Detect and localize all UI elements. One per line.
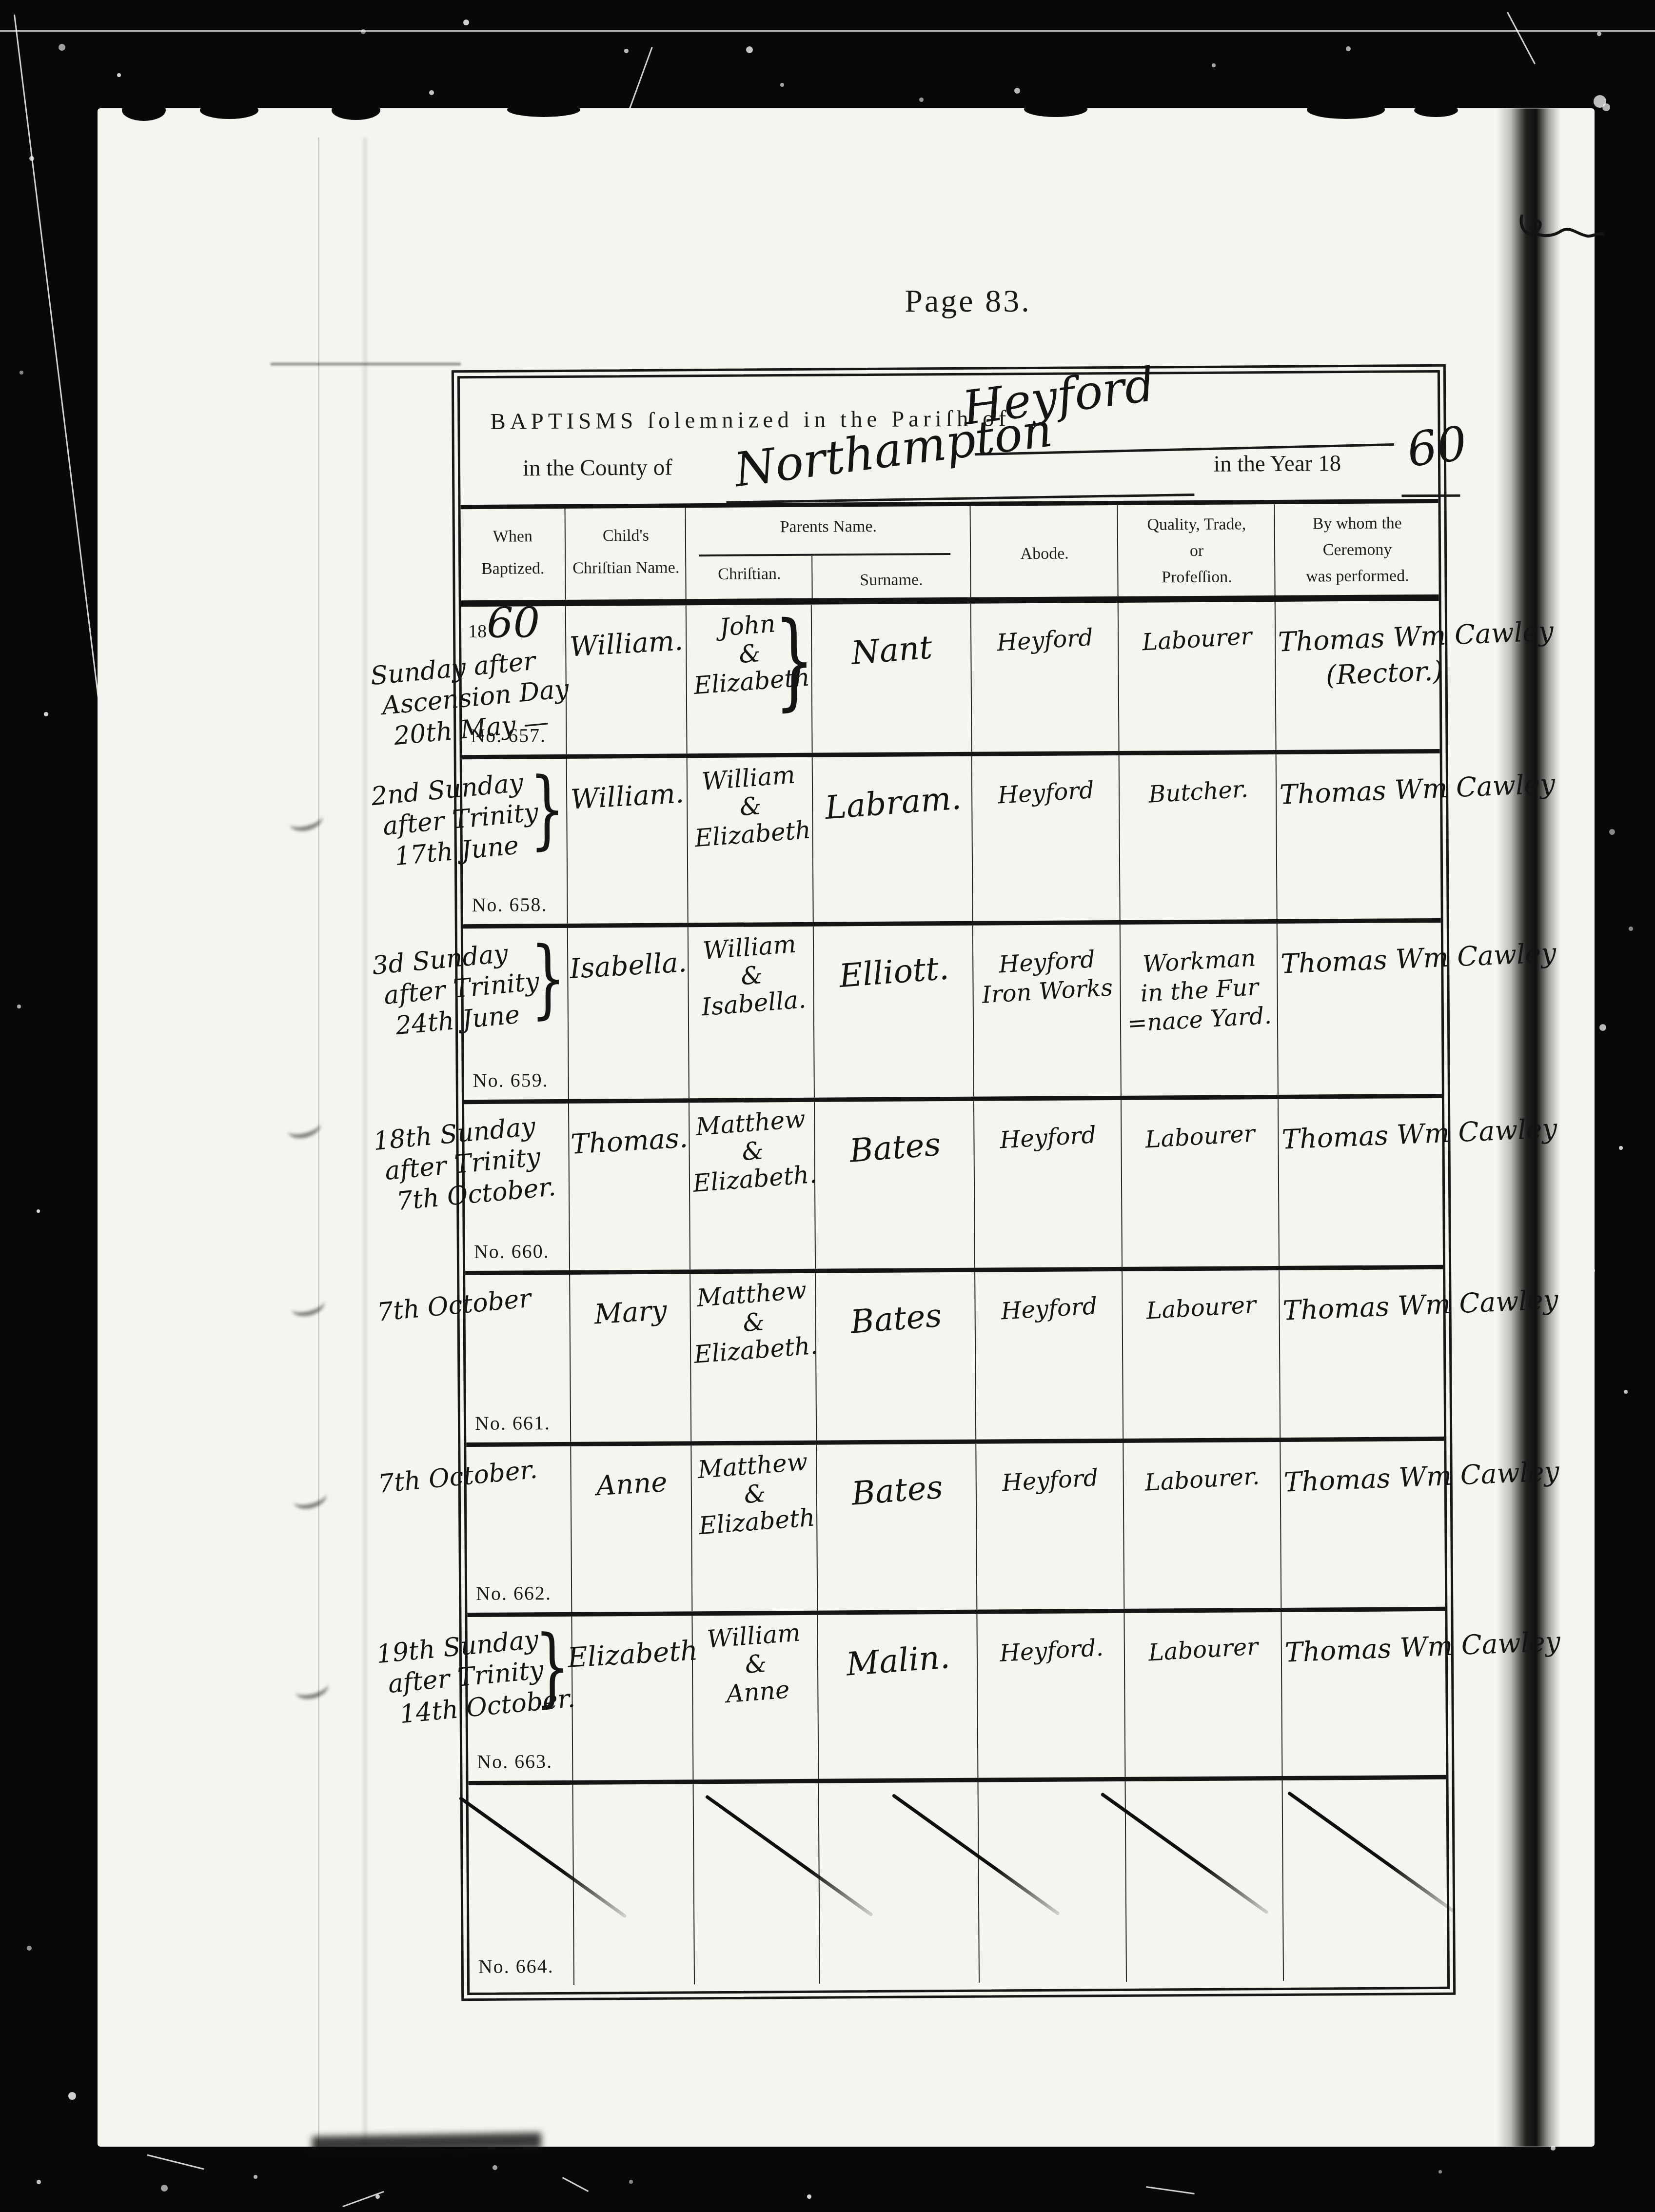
film-scratch bbox=[562, 2177, 589, 2192]
handwritten-line: & bbox=[741, 1136, 765, 1166]
dust-speck bbox=[463, 20, 469, 25]
quality-cell: Labourer. bbox=[1124, 1442, 1281, 1609]
handwritten-line: John bbox=[719, 610, 777, 642]
when-cell: 7th October.No. 662. bbox=[466, 1446, 572, 1613]
caption-line2-print-a: in the County of bbox=[523, 454, 672, 481]
dust-speck bbox=[37, 1209, 40, 1213]
parents-christian-block: Matthew&Elizabeth. bbox=[689, 1269, 818, 1369]
abode-block: Heyford bbox=[973, 755, 1119, 808]
when-cell: 2nd Sundayafter Trinity17th June}No. 658… bbox=[462, 759, 568, 924]
handwritten-line: Labourer bbox=[1145, 1290, 1257, 1325]
header-text: When bbox=[461, 527, 565, 546]
handwritten-line: Matthew bbox=[694, 1105, 806, 1141]
handwritten-line: Heyford. bbox=[999, 1633, 1104, 1668]
dust-speck bbox=[59, 44, 65, 51]
baptism-row: 2nd Sundayafter Trinity17th June}No. 658… bbox=[462, 753, 1441, 928]
child-name: Anne bbox=[595, 1466, 668, 1502]
abode-block: Heyford. bbox=[978, 1613, 1124, 1666]
caption-underline bbox=[726, 494, 1194, 504]
child-name: Elizabeth bbox=[567, 1635, 698, 1674]
dust-speck bbox=[1346, 46, 1351, 51]
film-scratch bbox=[628, 47, 653, 112]
surname-block: Malin. bbox=[819, 1614, 977, 1680]
register-paper: Page 83. BAPTISMS ſolemnized in the Pari… bbox=[98, 108, 1595, 2147]
handwritten-line: William bbox=[702, 930, 797, 965]
quality-block: Labourer bbox=[1120, 602, 1275, 654]
child-name: William. bbox=[570, 777, 685, 815]
film-scratch bbox=[14, 15, 101, 717]
header-text: Ceremony bbox=[1276, 540, 1438, 560]
dust-speck bbox=[1624, 1390, 1628, 1394]
quality-cell: Labourer bbox=[1123, 1270, 1281, 1439]
baptism-register-table: BAPTISMS ſolemnized in the Pariſh of Hey… bbox=[457, 370, 1450, 1995]
child-name: Isabella. bbox=[569, 947, 688, 985]
quality-cell: Butcher. bbox=[1121, 754, 1278, 920]
parents-surname-cell: Elliott. bbox=[815, 926, 974, 1098]
dust-speck bbox=[302, 115, 307, 119]
child-name: William. bbox=[569, 625, 684, 663]
parents-surname-cell: Nant bbox=[813, 604, 972, 753]
abode-cell: Heyford bbox=[972, 603, 1120, 752]
dust-speck bbox=[1609, 829, 1615, 835]
surname-block: Nant bbox=[813, 604, 971, 670]
handwritten-line: & bbox=[739, 791, 763, 821]
dust-speck bbox=[117, 73, 121, 77]
dust-speck bbox=[807, 2194, 811, 2199]
ink-smudge bbox=[271, 363, 461, 365]
header-text: Abode. bbox=[972, 544, 1117, 564]
child-name-block: William. bbox=[568, 758, 687, 812]
header-parents-name: Parents Name. Chriſtian. Surname. bbox=[687, 506, 971, 599]
header-text: or bbox=[1119, 541, 1274, 561]
baptism-row: 1860Sunday afterAscension Day20th May —N… bbox=[461, 601, 1440, 759]
dust-speck bbox=[493, 2165, 497, 2170]
torn-edge bbox=[1024, 101, 1087, 117]
scanned-register-page: Page 83. BAPTISMS ſolemnized in the Pari… bbox=[0, 0, 1655, 2212]
parents-christian-cell: William&Isabella. bbox=[690, 927, 815, 1099]
torn-edge bbox=[1414, 103, 1458, 117]
dust-speck bbox=[746, 46, 753, 53]
dust-speck bbox=[27, 1946, 32, 1951]
handwritten-line: Anne bbox=[725, 1676, 790, 1708]
entry-number-label: No. 658. bbox=[472, 893, 547, 916]
child-name: Thomas. bbox=[570, 1122, 689, 1161]
header-text: Quality, Trade, bbox=[1119, 515, 1274, 534]
ink-smudge bbox=[312, 2133, 542, 2153]
dust-speck bbox=[1619, 1146, 1623, 1150]
film-scratch bbox=[147, 2154, 204, 2170]
dust-speck bbox=[1597, 32, 1601, 36]
handwritten-line: Heyford bbox=[1000, 1291, 1098, 1326]
quality-block: Labourer bbox=[1123, 1270, 1279, 1323]
header-text: Chriſtian Name. bbox=[567, 558, 685, 577]
torn-edge bbox=[200, 101, 258, 119]
child-name-block: Thomas. bbox=[570, 1103, 689, 1157]
dust-speck bbox=[780, 83, 784, 87]
caption-underline bbox=[1401, 494, 1460, 497]
abode-block: Heyford bbox=[972, 603, 1118, 655]
table-caption: BAPTISMS ſolemnized in the Pariſh of Hey… bbox=[460, 373, 1438, 509]
baptism-row: No. 664. bbox=[469, 1779, 1447, 1986]
parents-surname: Bates bbox=[848, 1292, 943, 1341]
dust-speck bbox=[37, 2180, 41, 2184]
handwritten-line: Elizabeth. bbox=[692, 1161, 818, 1198]
dust-speck bbox=[20, 371, 23, 375]
entry-number-label: No. 660. bbox=[474, 1240, 550, 1263]
caption-line2-print-b: in the Year 18 bbox=[1214, 450, 1341, 477]
dust-speck bbox=[568, 173, 572, 177]
header-text: was performed. bbox=[1276, 567, 1438, 586]
quality-block: Labourer. bbox=[1124, 1442, 1280, 1495]
abode-block: Heyford bbox=[977, 1443, 1123, 1496]
film-scratch bbox=[1507, 12, 1536, 64]
dust-speck bbox=[429, 90, 434, 95]
handwritten-line: & bbox=[738, 639, 762, 669]
parents-surname-cell: Labram. bbox=[814, 756, 973, 922]
child-name-cell: Mary bbox=[571, 1274, 691, 1442]
page-crease bbox=[318, 138, 319, 2147]
parents-surname: Labram. bbox=[823, 774, 963, 827]
handwritten-line: & bbox=[740, 961, 764, 990]
torn-edge bbox=[332, 100, 380, 120]
child-name: Mary bbox=[593, 1295, 668, 1331]
dust-speck bbox=[161, 2185, 168, 2192]
abode-block: HeyfordIron Works bbox=[974, 925, 1120, 1007]
header-text: Baptized. bbox=[461, 559, 565, 578]
surname-block: Elliott. bbox=[815, 926, 973, 991]
parents-surname: Nant bbox=[850, 624, 934, 672]
when-cell: 19th Sundayafter Trinity14th October.}No… bbox=[467, 1617, 573, 1781]
quality-cell: Labourer bbox=[1120, 602, 1277, 751]
dust-speck bbox=[361, 29, 366, 34]
child-name-cell: William. bbox=[567, 605, 688, 754]
child-name-cell bbox=[574, 1784, 695, 1985]
abode-cell: Heyford. bbox=[978, 1613, 1125, 1778]
dust-speck bbox=[210, 161, 214, 165]
minister-cell: Thomas Wm Cawley(Rector.) bbox=[1277, 601, 1446, 750]
baptism-row: 3d Sundayafter Trinity24th June}No. 659.… bbox=[463, 923, 1442, 1104]
table-rows: 1860Sunday afterAscension Day20th May —N… bbox=[461, 601, 1447, 1986]
header-abode: Abode. bbox=[972, 505, 1119, 597]
torn-edge bbox=[1307, 100, 1385, 119]
header-childs-christian-name: Child's Chriſtian Name. bbox=[567, 508, 687, 599]
parents-christian-block: William&Anne bbox=[690, 1611, 820, 1711]
dust-speck bbox=[919, 98, 924, 102]
page-number: Page 83. bbox=[856, 283, 1080, 320]
dust-speck bbox=[1590, 1268, 1595, 1273]
dust-speck bbox=[1599, 1024, 1606, 1031]
handwritten-line: Labourer bbox=[1142, 621, 1253, 657]
table-header: When Baptized. Child's Chriſtian Name. P… bbox=[461, 503, 1439, 607]
parents-christian-cell: John&Elizabeth} bbox=[688, 605, 813, 754]
parents-surname: Malin. bbox=[845, 1633, 951, 1683]
film-scratch bbox=[0, 30, 1655, 32]
minister-cell: Thomas Wm Cawley bbox=[1281, 1441, 1451, 1608]
entry-number-label: No. 659. bbox=[473, 1068, 549, 1092]
parents-surname: Bates bbox=[847, 1121, 942, 1170]
surname-block: Bates bbox=[817, 1272, 975, 1338]
quality-block: Workmanin the Fur=nace Yard. bbox=[1122, 924, 1277, 1035]
quality-block: Labourer bbox=[1123, 1099, 1278, 1152]
when-cell: 18th Sundayafter Trinity7th October.No. … bbox=[464, 1104, 570, 1271]
parents-name-rule bbox=[699, 553, 950, 556]
abode-cell bbox=[980, 1781, 1127, 1983]
parents-christian-cell: Matthew&Elizabeth bbox=[692, 1445, 818, 1612]
baptism-row: 18th Sundayafter Trinity7th October.No. … bbox=[464, 1098, 1443, 1275]
parents-christian-cell: William&Elizabeth bbox=[689, 757, 814, 923]
entry-when-date: 7th October bbox=[375, 1278, 587, 1328]
handwritten-line: William bbox=[701, 761, 796, 796]
surname-block: Bates bbox=[818, 1444, 976, 1510]
entry-number-label: No. 661. bbox=[475, 1411, 551, 1435]
dust-speck bbox=[1438, 2170, 1442, 2173]
header-quality-trade-profession: Quality, Trade, or Profeſſion. bbox=[1119, 504, 1276, 596]
dust-speck bbox=[29, 156, 34, 161]
quality-cell: Labourer bbox=[1125, 1612, 1282, 1777]
ink-bleed-mark bbox=[293, 1674, 331, 1702]
quality-cell bbox=[1127, 1780, 1284, 1982]
abode-block: Heyford bbox=[976, 1271, 1122, 1324]
handwritten-line: & bbox=[742, 1307, 766, 1337]
ink-bleed-mark bbox=[291, 1483, 329, 1512]
dust-speck bbox=[1602, 103, 1610, 111]
minister-cell: Thomas Wm Cawley bbox=[1279, 923, 1448, 1095]
dust-speck bbox=[1629, 927, 1633, 931]
child-name-cell: Anne bbox=[572, 1445, 692, 1612]
dust-speck bbox=[17, 1005, 21, 1008]
handwritten-line: Isabella. bbox=[701, 986, 807, 1022]
film-scratch bbox=[1146, 2186, 1194, 2194]
when-cell: 3d Sundayafter Trinity24th June}No. 659. bbox=[463, 928, 569, 1100]
header-text: By whom the bbox=[1276, 514, 1438, 533]
quality-cell: Labourer bbox=[1123, 1099, 1280, 1267]
handwritten-line: Heyford bbox=[997, 775, 1095, 810]
child-name-cell: William. bbox=[568, 758, 689, 923]
parents-christian-block: Matthew&Elizabeth bbox=[690, 1441, 819, 1540]
entry-year-print: 18 bbox=[468, 621, 487, 642]
header-text: Parents Name. bbox=[687, 517, 970, 537]
child-name-block: Isabella. bbox=[569, 927, 688, 982]
quality-block: Labourer bbox=[1125, 1612, 1281, 1665]
dust-speck bbox=[44, 712, 48, 716]
entry-number-label: No. 663. bbox=[477, 1750, 552, 1773]
parents-christian-cell: Matthew&Elizabeth. bbox=[691, 1273, 817, 1442]
handwritten-line: Elizabeth bbox=[698, 1503, 816, 1540]
parents-surname-cell bbox=[820, 1782, 980, 1984]
dust-speck bbox=[68, 2092, 76, 2100]
film-scratch bbox=[342, 2191, 384, 2208]
parents-surname-cell: Bates bbox=[816, 1101, 975, 1269]
abode-cell: Heyford bbox=[977, 1443, 1124, 1610]
parents-christian-cell bbox=[695, 1783, 821, 1985]
torn-edge bbox=[122, 99, 166, 121]
header-text: Child's bbox=[567, 526, 685, 545]
entry-number-label: No. 662. bbox=[476, 1581, 552, 1605]
parents-christian-cell: Matthew&Elizabeth. bbox=[690, 1102, 816, 1270]
surname-block: Labram. bbox=[814, 756, 972, 822]
parents-surname: Elliott. bbox=[837, 944, 950, 995]
quality-block: Butcher. bbox=[1121, 754, 1276, 807]
handwritten-line: Butcher. bbox=[1147, 774, 1249, 810]
parents-christian-block: Matthew&Elizabeth. bbox=[688, 1098, 817, 1198]
parents-christian-block: William&Elizabeth bbox=[686, 753, 815, 853]
brace-glyph: } bbox=[534, 1624, 570, 1710]
handwritten-line: Heyford bbox=[1001, 1463, 1099, 1498]
page-crease bbox=[363, 138, 367, 2147]
entry-year: 1860 bbox=[468, 606, 540, 642]
parents-surname-cell: Malin. bbox=[819, 1614, 978, 1779]
dust-speck bbox=[102, 2097, 108, 2103]
parents-surname-cell: Bates bbox=[817, 1272, 976, 1441]
surname-block: Bates bbox=[816, 1101, 974, 1167]
caption-year-handwritten: 60 bbox=[1404, 416, 1470, 478]
abode-cell: Heyford bbox=[975, 1100, 1123, 1268]
when-cell: 1860Sunday afterAscension Day20th May —N… bbox=[461, 606, 567, 755]
dust-speck bbox=[1212, 63, 1216, 67]
handwritten-line: William bbox=[706, 1619, 802, 1654]
brace-glyph: } bbox=[529, 767, 565, 852]
entry-when-date: 7th October. bbox=[377, 1450, 589, 1500]
minister-cell: Thomas Wm Cawley bbox=[1282, 1611, 1452, 1776]
handwritten-line: Labourer bbox=[1148, 1632, 1259, 1667]
dust-speck bbox=[624, 49, 629, 53]
dust-speck bbox=[1551, 2146, 1556, 2151]
abode-cell: Heyford bbox=[973, 755, 1121, 921]
torn-edge bbox=[507, 102, 580, 117]
dust-speck bbox=[254, 2175, 257, 2179]
abode-block: Heyford bbox=[975, 1100, 1121, 1153]
minister-cell: Thomas Wm Cawley bbox=[1281, 1269, 1450, 1438]
header-text: Profeſſion. bbox=[1119, 568, 1274, 587]
baptism-row: 7th October.No. 662.AnneMatthew&Elizabet… bbox=[466, 1441, 1445, 1617]
baptism-row: 7th OctoberNo. 661.MaryMatthew&Elizabeth… bbox=[465, 1269, 1444, 1447]
entry-number-label: No. 664. bbox=[478, 1955, 554, 1978]
dust-speck bbox=[1014, 88, 1020, 94]
handwritten-line: Elizabeth bbox=[694, 816, 812, 852]
child-name-block: Elizabeth bbox=[573, 1616, 692, 1670]
handwritten-line: Matthew bbox=[697, 1448, 808, 1484]
brace-glyph: } bbox=[774, 608, 814, 712]
parents-surname: Bates bbox=[850, 1463, 944, 1513]
dust-speck bbox=[512, 146, 515, 150]
entry-number-label: No. 657. bbox=[471, 724, 546, 747]
header-when-baptized: When Baptized. bbox=[461, 509, 566, 600]
handwritten-line: & bbox=[744, 1649, 768, 1679]
brace-glyph: } bbox=[530, 936, 566, 1021]
ink-squiggle bbox=[1519, 215, 1607, 249]
ink-bleed-mark bbox=[289, 1291, 327, 1320]
handwritten-line: Heyford bbox=[999, 1120, 1097, 1155]
when-cell: 7th OctoberNo. 661. bbox=[465, 1275, 571, 1442]
entry-when-date: 18th Sundayafter Trinity7th October. bbox=[372, 1107, 590, 1219]
abode-cell: Heyford bbox=[976, 1271, 1123, 1440]
dust-speck bbox=[375, 2194, 380, 2199]
quality-cell: Workmanin the Fur=nace Yard. bbox=[1122, 924, 1279, 1096]
child-name-cell: Isabella. bbox=[569, 927, 690, 1099]
handwritten-line: Matthew bbox=[696, 1276, 808, 1312]
baptism-row: 19th Sundayafter Trinity14th October.}No… bbox=[467, 1611, 1446, 1785]
ink-bleed-mark bbox=[285, 1113, 323, 1142]
abode-cell: HeyfordIron Works bbox=[974, 925, 1122, 1097]
child-name-block: Anne bbox=[572, 1445, 691, 1500]
child-name-block: William. bbox=[567, 605, 686, 660]
child-name-block: Mary bbox=[571, 1274, 690, 1328]
handwritten-line: Labourer bbox=[1144, 1119, 1256, 1154]
minister-cell: Thomas Wm Cawley bbox=[1278, 753, 1447, 919]
handwritten-line: & bbox=[743, 1479, 767, 1509]
handwritten-line: 7th October. bbox=[377, 1450, 589, 1500]
dust-speck bbox=[629, 2180, 633, 2184]
minister-cell: Thomas Wm Cawley bbox=[1280, 1098, 1449, 1266]
handwritten-line: Heyford bbox=[996, 623, 1094, 657]
header-by-whom-ceremony-performed: By whom the Ceremony was performed. bbox=[1276, 503, 1439, 595]
header-parents-christian: Chriſtian. bbox=[687, 565, 811, 584]
header-parents-surname: Surname. bbox=[812, 571, 970, 590]
handwritten-line: 7th October bbox=[375, 1278, 587, 1328]
handwritten-line: Labourer. bbox=[1144, 1461, 1261, 1498]
minister-signature: Thomas Wm Cawley(Rector.) bbox=[1278, 614, 1556, 695]
parents-christian-cell: William&Anne bbox=[693, 1615, 819, 1780]
handwritten-line: Elizabeth. bbox=[693, 1332, 819, 1369]
child-name-cell: Thomas. bbox=[570, 1103, 690, 1270]
parents-christian-block: William&Isabella. bbox=[687, 922, 816, 1022]
entry-year-handwritten: 60 bbox=[487, 598, 540, 648]
child-name-cell: Elizabeth bbox=[573, 1616, 693, 1780]
parents-surname-cell: Bates bbox=[818, 1444, 977, 1611]
